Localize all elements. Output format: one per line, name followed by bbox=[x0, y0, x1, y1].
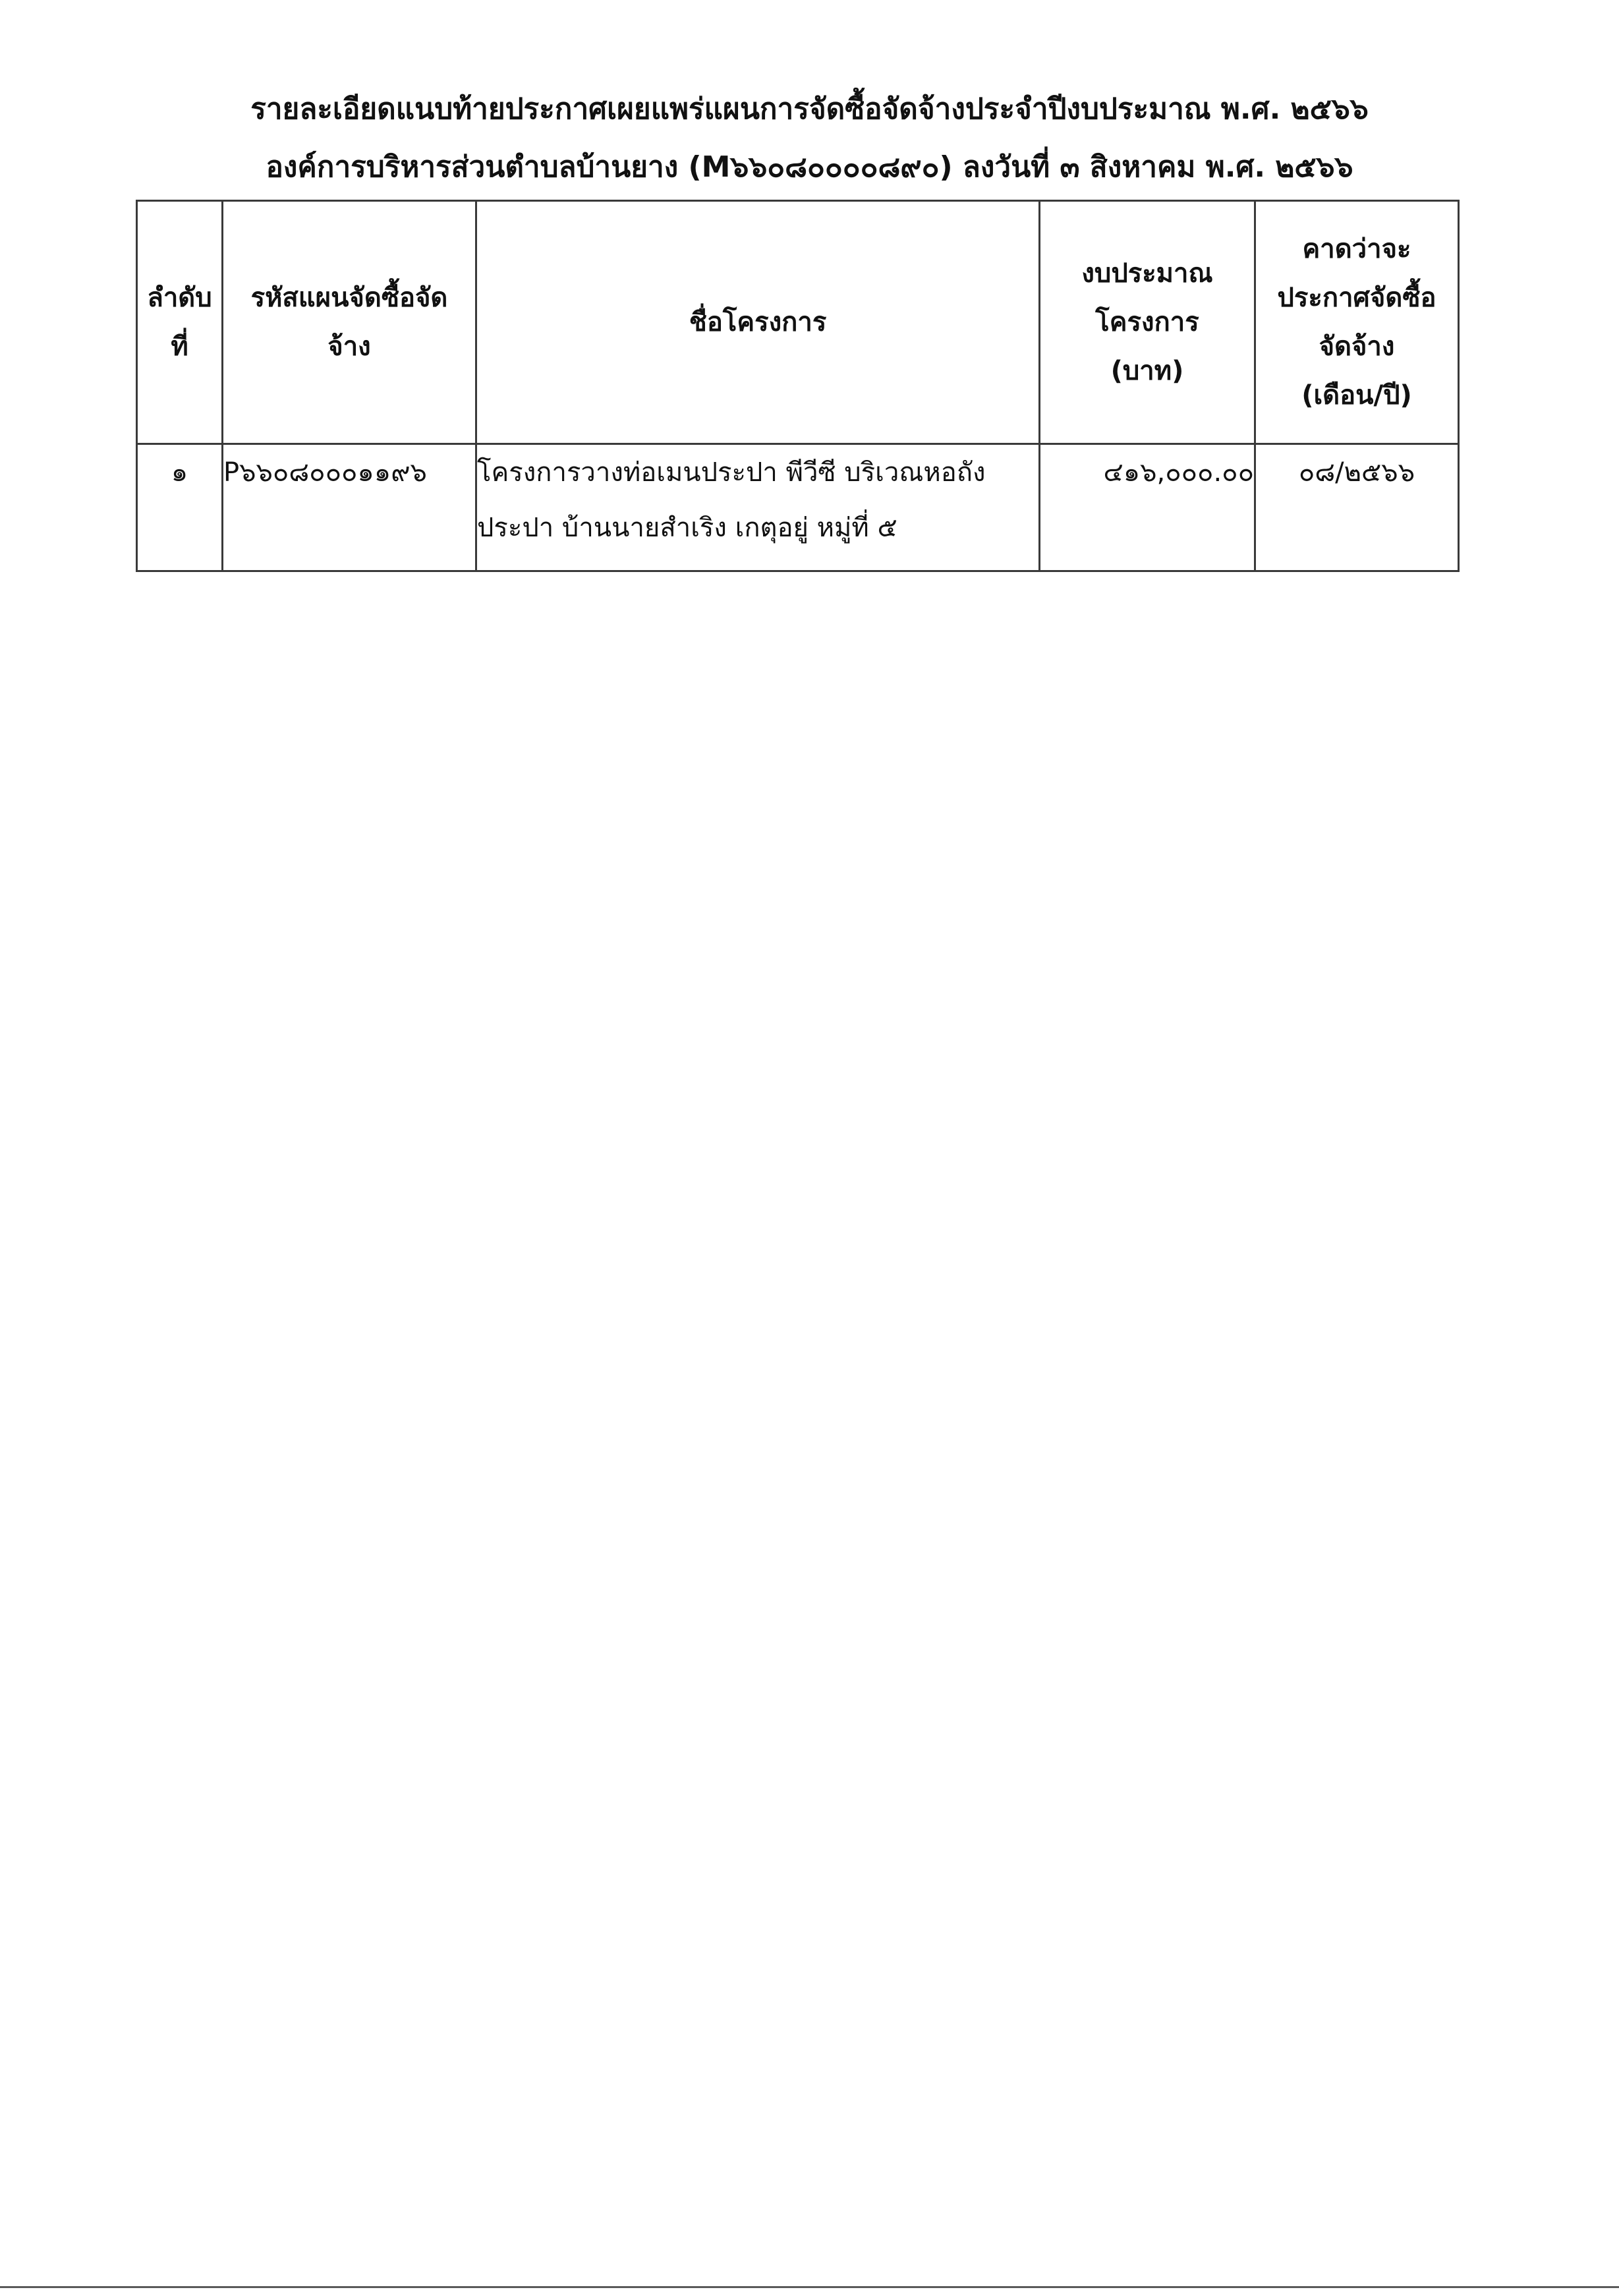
header-line: รหัสแผนจัดซื้อจัด bbox=[223, 273, 475, 322]
header-line: (เดือน/ปี) bbox=[1256, 371, 1458, 420]
header-line: จ้าง bbox=[223, 322, 475, 371]
header-line: จัดจ้าง bbox=[1256, 322, 1458, 371]
header-line: ชื่อโครงการ bbox=[477, 298, 1038, 347]
header-line: ลำดับ bbox=[138, 273, 221, 322]
scan-bottom-edge-divider bbox=[0, 2286, 1619, 2288]
project-name-line: โครงการวางท่อเมนประปา พีวีซี บริเวณหอถัง bbox=[477, 445, 1038, 500]
cell-budget: ๔๑๖,๐๐๐.๐๐ bbox=[1040, 444, 1255, 571]
header-line: ที่ bbox=[138, 322, 221, 371]
header-line: คาดว่าจะ bbox=[1256, 225, 1458, 273]
header-line: งบประมาณ bbox=[1040, 249, 1254, 298]
cell-expected-month-year: ๐๘/๒๕๖๖ bbox=[1255, 444, 1459, 571]
document-subtitle: องค์การบริหารส่วนตำบลบ้านยาง (M๖๖๐๘๐๐๐๐๘… bbox=[0, 148, 1619, 187]
header-line: (บาท) bbox=[1040, 347, 1254, 395]
header-plan-code: รหัสแผนจัดซื้อจัด จ้าง bbox=[223, 201, 476, 444]
cell-sequence-no: ๑ bbox=[137, 444, 223, 571]
header-line: ประกาศจัดซื้อ bbox=[1256, 273, 1458, 322]
table-header-row: ลำดับ ที่ รหัสแผนจัดซื้อจัด จ้าง ชื่อโคร… bbox=[137, 201, 1459, 444]
cell-plan-code: P๖๖๐๘๐๐๐๑๑๙๖ bbox=[223, 444, 476, 571]
header-expected-announcement: คาดว่าจะ ประกาศจัดซื้อ จัดจ้าง (เดือน/ปี… bbox=[1255, 201, 1459, 444]
project-name-line: ประปา บ้านนายสำเริง เกตุอยู่ หมู่ที่ ๕ bbox=[477, 500, 1038, 556]
header-sequence-no: ลำดับ ที่ bbox=[137, 201, 223, 444]
header-budget: งบประมาณ โครงการ (บาท) bbox=[1040, 201, 1255, 444]
cell-project-name: โครงการวางท่อเมนประปา พีวีซี บริเวณหอถัง… bbox=[476, 444, 1040, 571]
document-title: รายละเอียดแนบท้ายประกาศเผยแพร่แผนการจัดซ… bbox=[0, 90, 1619, 129]
procurement-plan-table: ลำดับ ที่ รหัสแผนจัดซื้อจัด จ้าง ชื่อโคร… bbox=[136, 200, 1460, 572]
header-project-name: ชื่อโครงการ bbox=[476, 201, 1040, 444]
header-line: โครงการ bbox=[1040, 298, 1254, 347]
table-row: ๑ P๖๖๐๘๐๐๐๑๑๙๖ โครงการวางท่อเมนประปา พีว… bbox=[137, 444, 1459, 571]
